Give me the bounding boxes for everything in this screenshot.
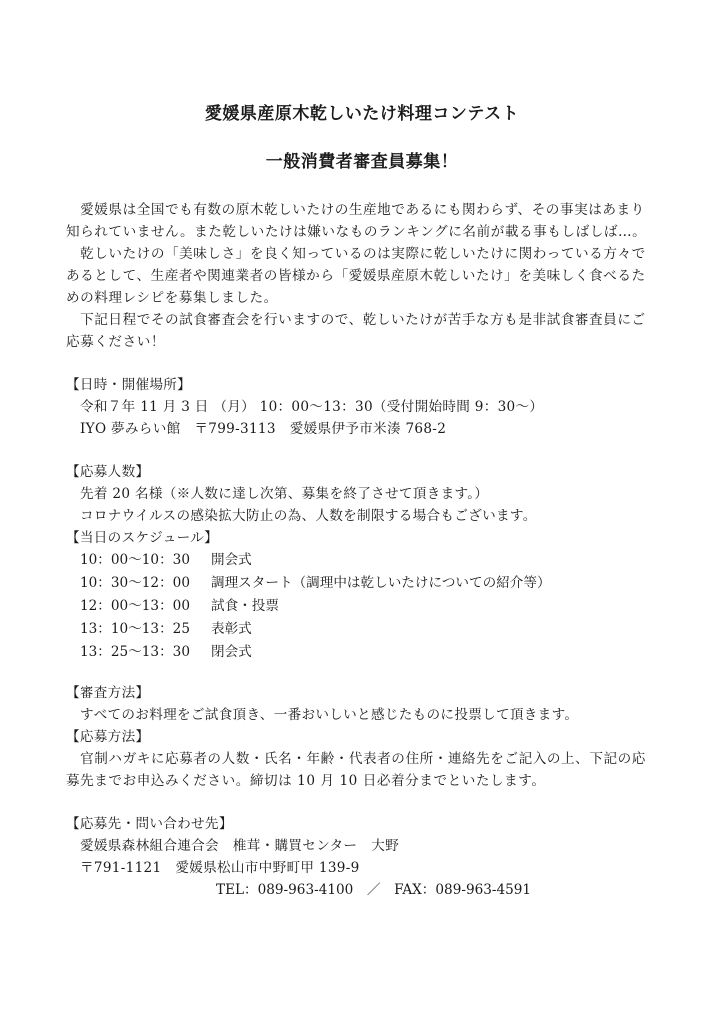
section-heading-applicants: 【応募人数】	[66, 462, 149, 482]
applicant-count: 先着 20 名様（※人数に達し次第、募集を終了させて頂きます。）	[80, 484, 488, 504]
schedule-time: 13：25〜13：30	[80, 642, 190, 662]
schedule-event: 閉会式	[211, 642, 252, 662]
schedule-event: 試食・投票	[211, 596, 279, 616]
intro-line: あるとして、生産者や関連業者の皆様から「愛媛県産原木乾しいたけ」を美味しく食べる…	[66, 266, 660, 286]
intro-line: 乾しいたけの「美味しさ」を良く知っているのは実際に乾しいたけに関わっている方々で	[66, 244, 660, 264]
schedule-time: 10：30〜12：00	[80, 573, 190, 593]
contact-phone-fax: TEL：089-963-4100 ／ FAX：089-963-4591	[216, 880, 531, 900]
intro-line: 知られていません。また乾しいたけは嫌いなものランキングに名前が載る事もしばしば……	[66, 222, 660, 242]
section-heading-contact: 【応募先・問い合わせ先】	[66, 814, 233, 834]
schedule-time: 10：00〜10：30	[80, 550, 190, 570]
intro-line: めの料理レシピを募集しました。	[66, 288, 660, 308]
application-line: 募先までお申込みください。締切は 10 月 10 日必着分までといたします。	[66, 771, 660, 791]
intro-line: 下記日程でその試食審査会を行いますので、乾しいたけが苦手な方も是非試食審査員にご	[66, 310, 660, 330]
contact-organization: 愛媛県森林組合連合会 椎茸・購買センター 大野	[80, 836, 399, 856]
section-heading-datetime: 【日時・開催場所】	[66, 375, 191, 395]
section-heading-schedule: 【当日のスケジュール】	[66, 528, 218, 548]
schedule-event: 調理スタート（調理中は乾しいたけについての紹介等）	[211, 573, 551, 593]
application-line: 官制ハガキに応募者の人数・氏名・年齢・代表者の住所・連絡先をご記入の上、下記の応	[66, 749, 660, 769]
contact-address: 〒791-1121 愛媛県松山市中野町甲 139-9	[80, 858, 360, 878]
schedule-event: 表彰式	[211, 619, 252, 639]
judging-text: すべてのお料理をご試食頂き、一番おいしいと感じたものに投票して頂きます。	[80, 705, 578, 725]
document-title: 愛媛県産原木乾しいたけ料理コンテスト	[0, 99, 724, 124]
applicant-note: コロナウイルスの感染拡大防止の為、人数を制限する場合もございます。	[80, 506, 537, 526]
schedule-event: 開会式	[211, 550, 252, 570]
schedule-time: 13：10〜13：25	[80, 619, 190, 639]
event-date: 令和７年 11 月 3 日 （月） 10：00〜13：30（受付開始時間 9：3…	[80, 397, 543, 417]
intro-line: 愛媛県は全国でも有数の原木乾しいたけの生産地であるにも関わらず、その事実はあまり	[66, 200, 660, 220]
document-subtitle: 一般消費者審査員募集！	[0, 147, 724, 172]
event-venue: IYO 夢みらい館 〒799-3113 愛媛県伊予市米湊 768-2	[80, 419, 446, 439]
intro-line: 応募ください！	[66, 332, 660, 352]
document-page: 愛媛県産原木乾しいたけ料理コンテスト 一般消費者審査員募集！ 愛媛県は全国でも有…	[0, 0, 724, 1024]
schedule-time: 12：00〜13：00	[80, 596, 190, 616]
section-heading-judging: 【審査方法】	[66, 683, 149, 703]
section-heading-application: 【応募方法】	[66, 727, 149, 747]
